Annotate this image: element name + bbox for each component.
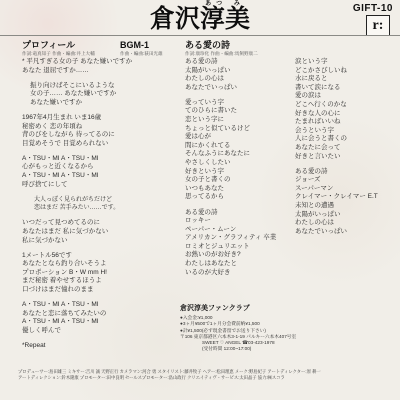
- artist-furigana: あつ み: [200, 1, 250, 7]
- artist-name-part2: 淳美: [200, 6, 250, 33]
- lyrics-block: A・TSU・MI A・TSU・MI あなたと恋に落ちてみたいの A・TSU・MI…: [22, 301, 177, 335]
- fanclub-title: 倉沢淳美ファンクラブ: [180, 303, 390, 313]
- song-header-profile: プロフィール 作詞:竜真知子 作曲・編曲:井上大輔: [22, 40, 95, 57]
- repeat-mark: *Repeat: [22, 342, 177, 351]
- lyrics-aru-ai-left: ある愛の詩 太陽がいっぱい わたしの心は あなたでいっぱい 愛っていう字 てのひ…: [185, 58, 290, 284]
- fanclub-hours: (受付時間 12:00~17:00): [180, 346, 390, 352]
- lyrics-block: 愛っていう字 てのひらに書いた 恋という字に ちょっと似ているけど 愛は心が 間…: [185, 99, 290, 202]
- song-header-bgm1: BGM-1 作曲・編曲:萩田光雄: [120, 40, 163, 57]
- lyrics-block: A・TSU・MI A・TSU・MI 心がもっと近くなるから A・TSU・MI A…: [22, 155, 177, 189]
- song-credits-aru-ai: 作詞:康珍化 作曲・編曲:馬飼野康二: [185, 51, 258, 57]
- lyrics-block: ある愛の詩 ジョーズ スーパーマン クレイマー・クレイマー E.T 未知との遭遇…: [295, 168, 395, 237]
- lyrics-aru-ai-right: 涙という字 どこかさびしいね 水に戻ると 書いて涙になる 愛の涙は どこへ行くの…: [295, 58, 395, 243]
- lyrics-block: ある愛の詩 太陽がいっぱい わたしの心は あなたでいっぱい: [185, 58, 290, 92]
- fanclub-info: 倉沢淳美ファンクラブ ●入会金:¥1,000 ●3ヶ月¥500で1ヶ月分会費前納…: [180, 303, 390, 353]
- artist-title: 倉沢あつ み淳美: [0, 7, 400, 33]
- lyrics-block: * 平凡すぎる女の子 あなた嫌いですか あなた 退屈ですか……: [22, 58, 177, 75]
- record-lyric-sheet: GIFT-10 r: 倉沢あつ み淳美 プロフィール 作詞:竜真知子 作曲・編曲…: [0, 0, 400, 400]
- lyrics-block: いつだって見つめてるのに あなたはまだ 私に気づかない 私に気づかない: [22, 219, 177, 245]
- song-header-aru-ai: ある愛の詩 作詞:康珍化 作曲・編曲:馬飼野康二: [185, 40, 258, 57]
- lyrics-block: 振り向けばそこにいるような 女の子…… あなた嫌いですか あなた嫌いですか: [30, 82, 177, 108]
- header-divider: [0, 35, 400, 36]
- lyrics-block: 大人っぽく見られがちだけど 恋はまだ 苦手みたい……です。: [34, 196, 177, 213]
- lyrics-block: ある愛の詩 ロッキー ペーパー・ムーン アメリカン・グラフィティ 卒業 ロミオと…: [185, 209, 290, 278]
- song-title-aru-ai: ある愛の詩: [185, 40, 258, 50]
- staff-credits-line2: アートディレクション:鈴木隆康 プロモーター:田中良明 セールスプロモーター:畠…: [18, 375, 392, 381]
- lyrics-profile: * 平凡すぎる女の子 あなた嫌いですか あなた 退屈ですか…… 振り向けばそこに…: [22, 58, 177, 357]
- lyrics-block: 涙という字 どこかさびしいね 水に戻ると 書いて涙になる 愛の涙は どこへ行くの…: [295, 58, 395, 161]
- artist-name-part2-wrap: あつ み淳美: [200, 7, 250, 33]
- artist-name-part1: 倉沢: [150, 7, 200, 33]
- song-credits-profile: 作詞:竜真知子 作曲・編曲:井上大輔: [22, 51, 95, 57]
- lyrics-block: 1967年4月生まれ いま16歳 秘密めく 恋の年頃ね 背のびをしながら 待って…: [22, 114, 177, 148]
- staff-credits: プロデューサー:島田雄三 ミキサー:吉川 誠 天野正行 カメラマン:河合 勇 ス…: [18, 369, 392, 381]
- song-credits-bgm1: 作曲・編曲:萩田光雄: [120, 51, 163, 57]
- lyrics-block: 1メートル56です あなたとなら釣り合いそうよ プロポーション B・W mm H…: [22, 252, 177, 295]
- song-title-bgm1: BGM-1: [120, 40, 163, 50]
- song-title-profile: プロフィール: [22, 40, 95, 50]
